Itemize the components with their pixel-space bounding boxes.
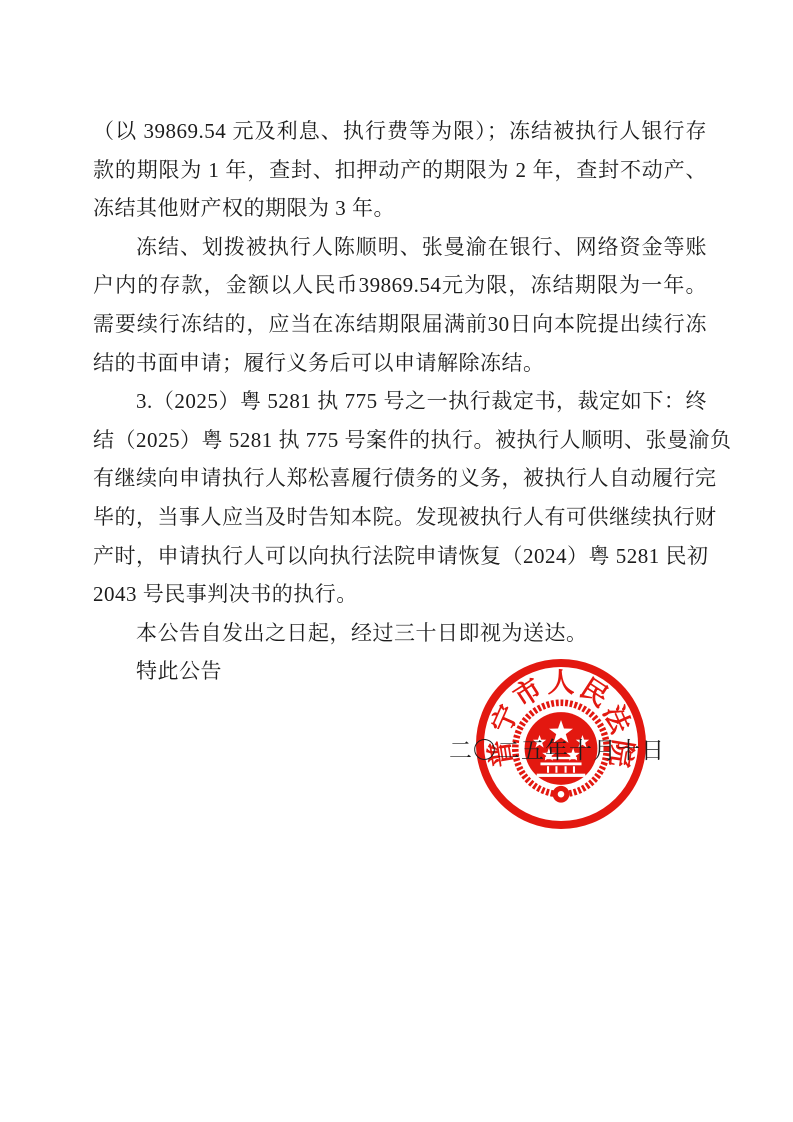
text-line: 户内的存款，金额以人民币39869.54元为限，冻结期限为一年。: [93, 266, 707, 305]
text-line: 需要续行冻结的，应当在冻结期限届满前30日向本院提出续行冻: [93, 305, 707, 344]
text-line: 3.（2025）粤 5281 执 775 号之一执行裁定书，裁定如下：终: [93, 382, 707, 421]
text-line: 有继续向申请执行人郑松喜履行债务的义务，被执行人自动履行完: [93, 459, 707, 498]
document-body: （以 39869.54 元及利息、执行费等为限）；冻结被执行人银行存款的期限为 …: [93, 112, 707, 691]
text-line: 本公告自发出之日起，经过三十日即视为送达。: [93, 614, 707, 653]
text-line: 款的期限为 1 年，查封、扣押动产的期限为 2 年，查封不动产、: [93, 151, 707, 190]
text-line: 结的书面申请；履行义务后可以申请解除冻结。: [93, 344, 707, 383]
text-line: 2043 号民事判决书的执行。: [93, 575, 707, 614]
text-line: （以 39869.54 元及利息、执行费等为限）；冻结被执行人银行存: [93, 112, 707, 151]
seal-court-name-char: 人: [546, 668, 576, 698]
document-page: （以 39869.54 元及利息、执行费等为限）；冻结被执行人银行存款的期限为 …: [0, 0, 793, 1122]
text-line: 产时，申请执行人可以向执行法院申请恢复（2024）粤 5281 民初: [93, 537, 707, 576]
text-line: 冻结、划拨被执行人陈顺明、张曼渝在银行、网络资金等账: [93, 228, 707, 267]
text-line: 冻结其他财产权的期限为 3 年。: [93, 189, 707, 228]
seal-date: 二〇二五年十月十日: [449, 732, 665, 765]
text-line: 结（2025）粤 5281 执 775 号案件的执行。被执行人顺明、张曼渝负: [93, 421, 707, 460]
text-line: 毕的，当事人应当及时告知本院。发现被执行人有可供继续执行财: [93, 498, 707, 537]
